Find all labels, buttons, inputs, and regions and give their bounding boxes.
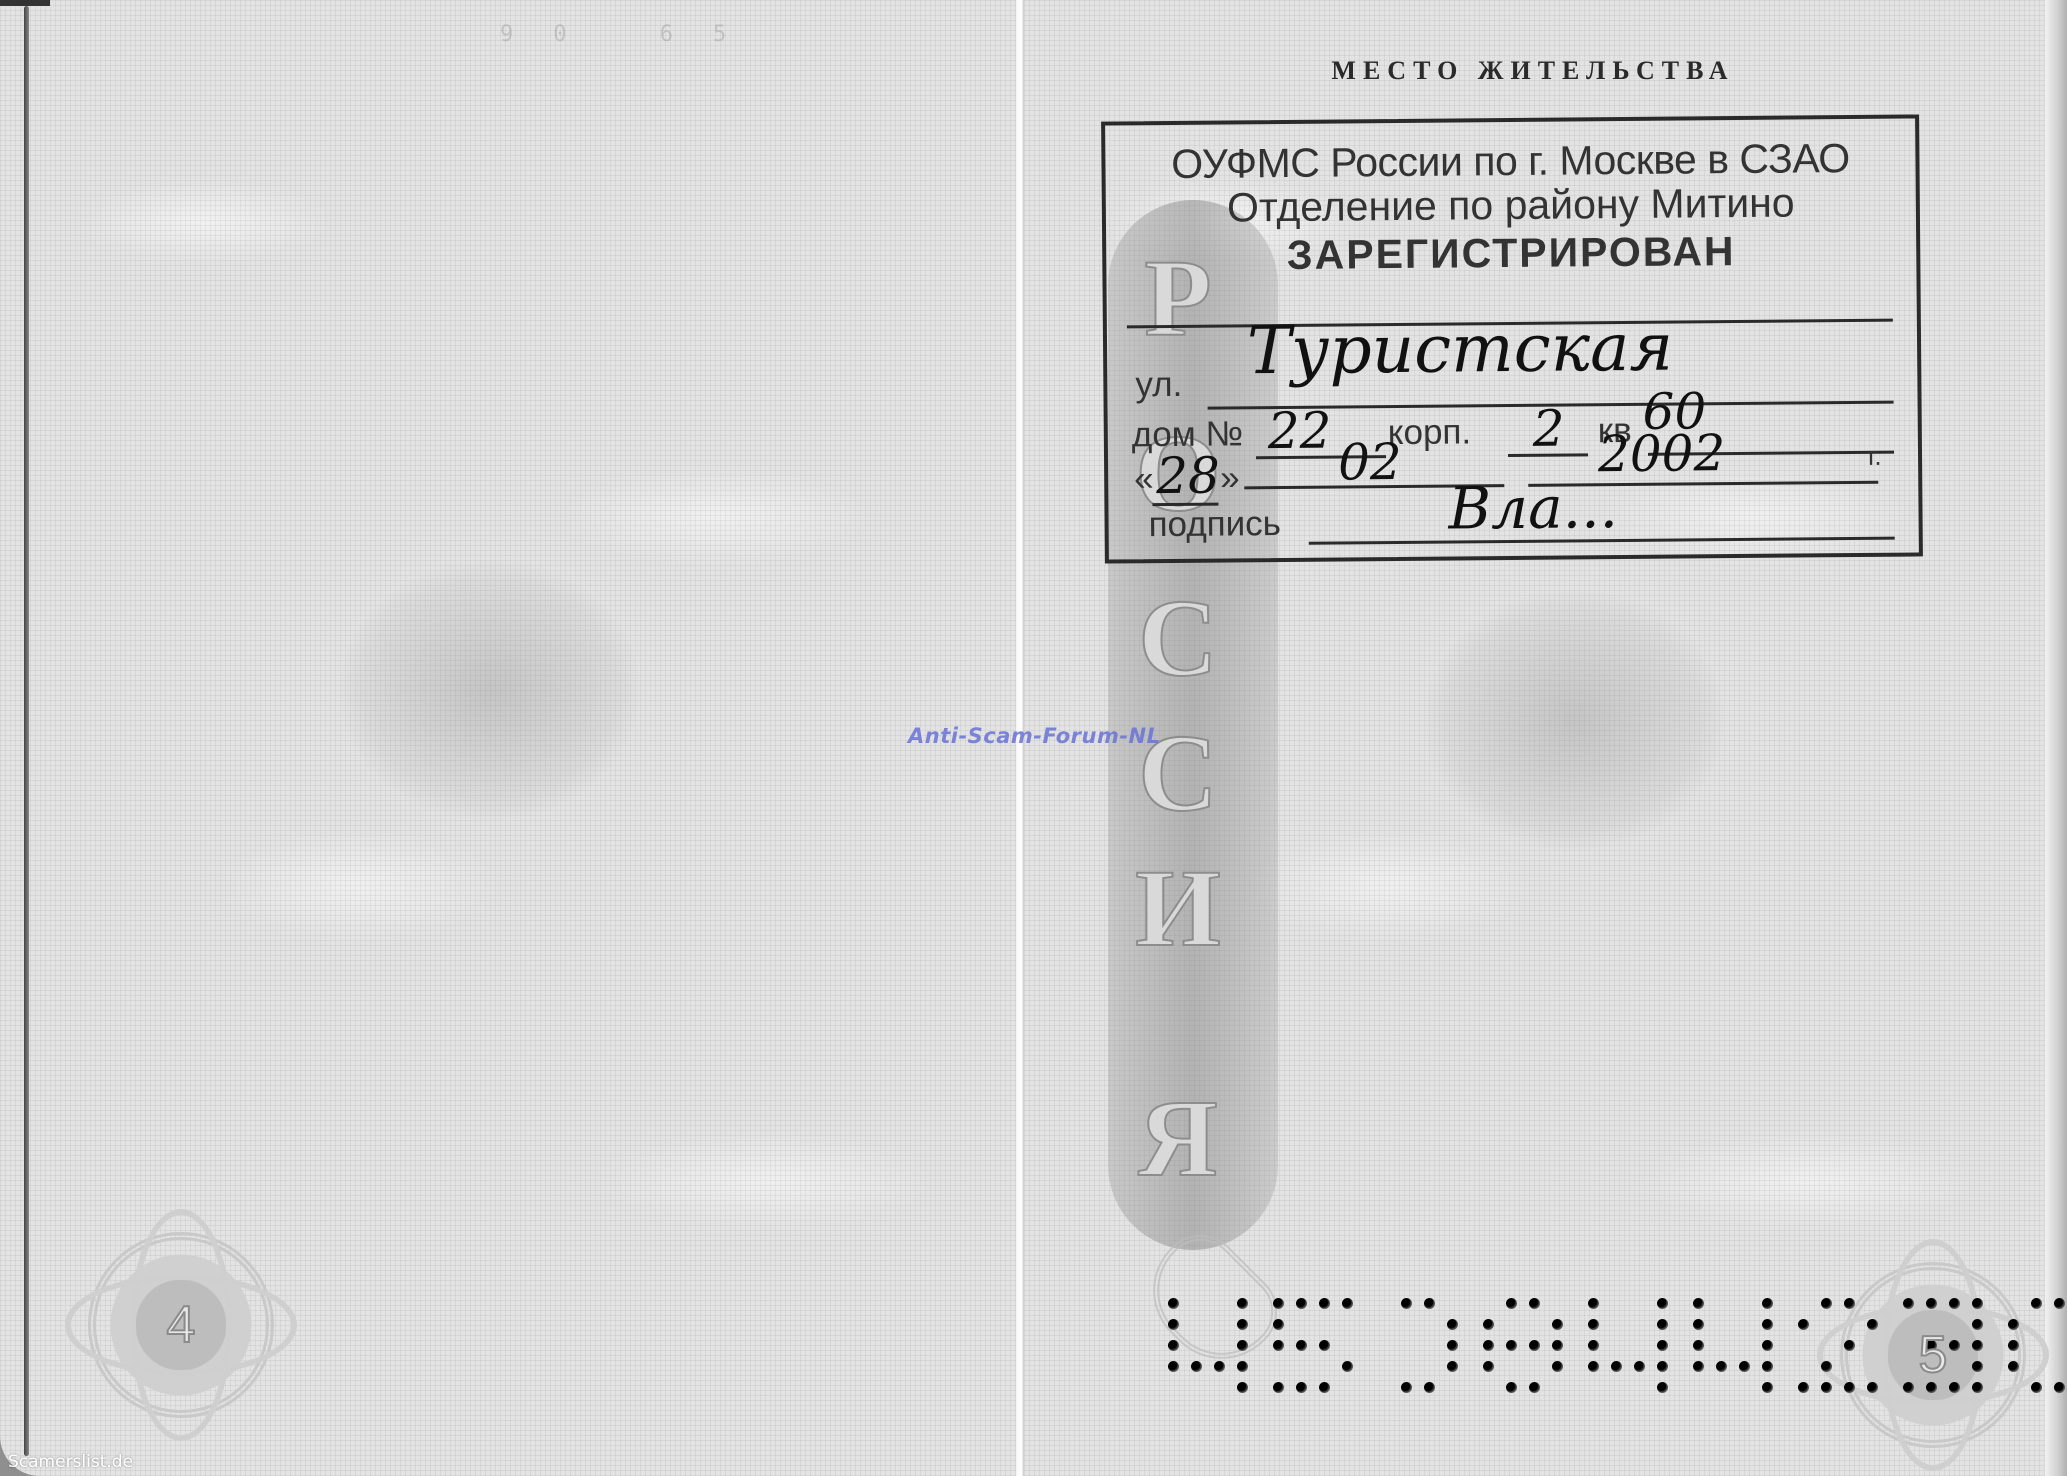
- perforation-hole: [1506, 1298, 1517, 1309]
- perforation-hole: [1319, 1298, 1330, 1309]
- date-day: 28: [1156, 447, 1220, 506]
- ornament-letter-s1: С: [1128, 575, 1228, 702]
- perforation-hole: [1693, 1361, 1704, 1372]
- perforation-hole: [1657, 1319, 1668, 1330]
- perforation-hole: [1844, 1340, 1855, 1351]
- perforation-hole: [1237, 1319, 1248, 1330]
- perforation-hole: [1762, 1298, 1773, 1309]
- building-value: 2: [1533, 400, 1565, 458]
- perforation-hole: [1821, 1298, 1832, 1309]
- perforation-hole: [1447, 1361, 1458, 1372]
- perforation-hole: [1168, 1361, 1179, 1372]
- perforation-hole: [1903, 1298, 1914, 1309]
- perforation-hole: [1693, 1298, 1704, 1309]
- perforation-hole: [1273, 1298, 1284, 1309]
- perforation-hole: [1319, 1340, 1330, 1351]
- faint-top-marks: 90 65: [500, 22, 766, 47]
- perforation-hole: [1821, 1382, 1832, 1393]
- perforation-hole: [1972, 1340, 1983, 1351]
- site-watermark: Scamerslist.de: [8, 1452, 133, 1472]
- perforation-hole: [2008, 1319, 2019, 1330]
- stamp-registered: ЗАРЕГИСТРИРОВАН: [1106, 226, 1916, 280]
- perforation-hole: [1588, 1298, 1599, 1309]
- stamp-department: Отделение по району Митино: [1106, 178, 1916, 232]
- perforation-hole: [1273, 1382, 1284, 1393]
- perforation-hole: [1821, 1361, 1832, 1372]
- perforation-hole: [1972, 1361, 1983, 1372]
- perforation-hole: [1588, 1361, 1599, 1372]
- perforation-hole: [1483, 1319, 1494, 1330]
- perforation-hole: [1657, 1340, 1668, 1351]
- perforation-hole: [1552, 1361, 1563, 1372]
- perforation-hole: [1424, 1298, 1435, 1309]
- perforation-hole: [1237, 1298, 1248, 1309]
- perforation-hole: [1483, 1340, 1494, 1351]
- perforation-hole: [1401, 1298, 1412, 1309]
- perforation-hole: [1191, 1361, 1202, 1372]
- perforation-hole: [1844, 1298, 1855, 1309]
- perforation-hole: [1657, 1298, 1668, 1309]
- date-close-quote: »: [1220, 458, 1240, 498]
- perforation-hole: [1972, 1319, 1983, 1330]
- perforation-hole: [1693, 1340, 1704, 1351]
- perforation-hole: [1716, 1361, 1727, 1372]
- page-edge-left: [24, 6, 29, 1456]
- house-value: 22: [1268, 402, 1332, 461]
- perforation-hole: [1237, 1382, 1248, 1393]
- perforation-hole: [1296, 1298, 1307, 1309]
- perforation-hole: [1762, 1361, 1773, 1372]
- perforation-hole: [1296, 1340, 1307, 1351]
- perforation-hole: [1611, 1361, 1622, 1372]
- perforation-hole: [1237, 1340, 1248, 1351]
- perforation-hole: [2031, 1298, 2042, 1309]
- perforation-hole: [1949, 1340, 1960, 1351]
- perforation-hole: [1401, 1382, 1412, 1393]
- perforation-hole: [1214, 1361, 1225, 1372]
- perforation-hole: [1506, 1340, 1517, 1351]
- perforation-hole: [1237, 1361, 1248, 1372]
- perforation-hole: [1552, 1319, 1563, 1330]
- left-page: 90 65 4: [0, 0, 1022, 1476]
- section-title: МЕСТО ЖИТЕЛЬСТВА: [1288, 56, 1778, 86]
- emblem-watermark-left: [340, 560, 640, 820]
- perforation-hole: [1296, 1382, 1307, 1393]
- signature-label: подпись: [1148, 504, 1281, 545]
- perforation-hole: [1273, 1340, 1284, 1351]
- emblem-watermark-right: [1424, 590, 1724, 850]
- perforation-hole: [1798, 1382, 1809, 1393]
- perforation-hole: [2031, 1382, 2042, 1393]
- perforation-hole: [1273, 1319, 1284, 1330]
- perforation-hole: [1529, 1340, 1540, 1351]
- page-number-left: 4: [167, 1295, 196, 1355]
- perforation-hole: [1739, 1361, 1750, 1372]
- registration-stamp: ОУФМС России по г. Москве в СЗАО Отделен…: [1101, 114, 1923, 563]
- perforation-hole: [1552, 1340, 1563, 1351]
- perforation-hole: [1949, 1382, 1960, 1393]
- forum-watermark: Anti-Scam-Forum-NL: [908, 724, 1161, 748]
- page-edge-right: [2045, 0, 2067, 1476]
- perforation-hole: [1447, 1319, 1458, 1330]
- date-open-quote: «: [1134, 459, 1154, 499]
- perforation-hole: [1168, 1298, 1179, 1309]
- perforation-hole: [1762, 1319, 1773, 1330]
- ornament-letter-ya: Я: [1128, 1075, 1228, 1202]
- page-number-right: 5: [1919, 1325, 1948, 1385]
- perforation-hole: [1798, 1319, 1809, 1330]
- date-month: 02: [1338, 433, 1402, 492]
- perforation-hole: [1168, 1340, 1179, 1351]
- perforation-hole: [1972, 1382, 1983, 1393]
- perforation-hole: [1424, 1382, 1435, 1393]
- perforation-hole: [1867, 1319, 1878, 1330]
- perforation-hole: [1529, 1382, 1540, 1393]
- perforation-hole: [1926, 1298, 1937, 1309]
- perforation-hole: [1168, 1319, 1179, 1330]
- perforation-hole: [1342, 1361, 1353, 1372]
- street-value: Туристская: [1247, 309, 1674, 390]
- perforation-hole: [1903, 1382, 1914, 1393]
- perforation-hole: [2008, 1340, 2019, 1351]
- perforation-hole: [1867, 1382, 1878, 1393]
- perforation-hole: [2008, 1361, 2019, 1372]
- perforation-hole: [1657, 1382, 1668, 1393]
- page-number-ornament-left: 4: [88, 1232, 274, 1418]
- perforated-serial-number: [1168, 1298, 1968, 1458]
- perforation-hole: [1634, 1361, 1645, 1372]
- perforation-hole: [1483, 1361, 1494, 1372]
- year-suffix: г.: [1868, 441, 1882, 472]
- perforation-hole: [1949, 1298, 1960, 1309]
- perforation-hole: [1588, 1319, 1599, 1330]
- perforation-hole: [1762, 1340, 1773, 1351]
- perforation-hole: [1657, 1361, 1668, 1372]
- perforation-hole: [1693, 1319, 1704, 1330]
- perforation-hole: [1447, 1340, 1458, 1351]
- ornament-letter-i: И: [1128, 845, 1228, 972]
- street-label: ул.: [1135, 365, 1182, 405]
- perforation-hole: [2054, 1298, 2065, 1309]
- perforation-hole: [2054, 1382, 2065, 1393]
- perforation-hole: [1529, 1298, 1540, 1309]
- perforation-hole: [1506, 1382, 1517, 1393]
- perforation-hole: [1972, 1298, 1983, 1309]
- perforation-hole: [1844, 1382, 1855, 1393]
- perforation-hole: [1588, 1340, 1599, 1351]
- signature: Вла...: [1448, 473, 1618, 542]
- perforation-hole: [1342, 1298, 1353, 1309]
- perforation-hole: [1319, 1382, 1330, 1393]
- perforation-hole: [1762, 1382, 1773, 1393]
